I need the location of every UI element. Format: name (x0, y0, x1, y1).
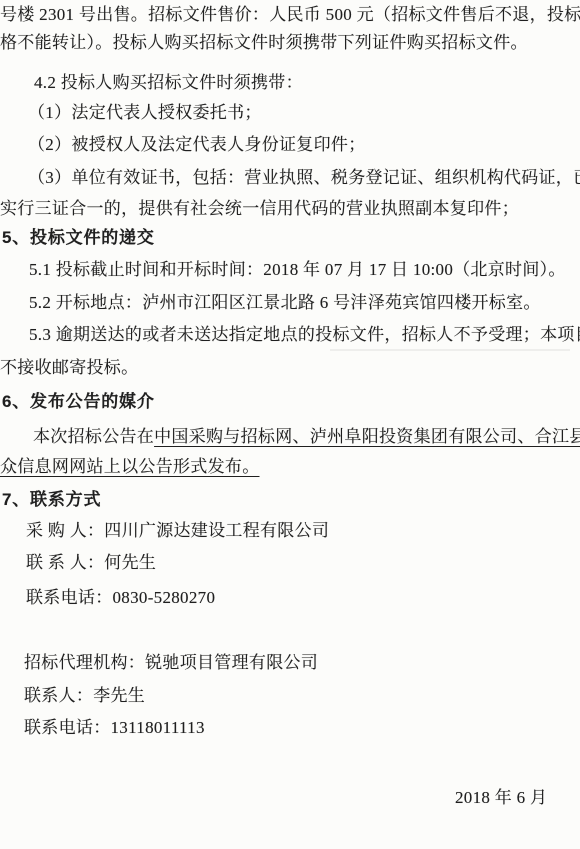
scanned-tender-document-page: 号楼 2301 号出售。招标文件售价：人民币 500 元（招标文件售后不退，投标… (0, 0, 580, 849)
purchaser-contact-line: 联 系 人：何先生 (26, 550, 156, 576)
clause-5-3-line-2: 不接收邮寄投标。 (0, 355, 138, 381)
section-5-heading: 5、投标文件的递交 (2, 225, 155, 251)
media-line-1: 本次招标公告在中国采购与招标网、泸州阜阳投资集团有限公司、合江县公 (33, 424, 580, 450)
clause-4-2-item-2: （2）被授权人及法定代表人身份证复印件； (28, 132, 366, 158)
section-6-heading: 6、发布公告的媒介 (2, 389, 155, 415)
scan-artifact (330, 349, 570, 351)
intro-line-2: 格不能转让）。投标人购买招标文件时须携带下列证件购买招标文件。 (0, 30, 528, 56)
media-prefix: 本次招标公告在 (33, 427, 154, 446)
document-date: 2018 年 6 月 (455, 785, 547, 811)
clause-5-2: 5.2 开标地点：泸州市江阳区江景北路 6 号沣泽苑宾馆四楼开标室。 (29, 290, 541, 316)
clause-5-1: 5.1 投标截止时间和开标时间：2018 年 07 月 17 日 10:00（北… (29, 257, 566, 283)
clause-4-2-item-3-line-1: （3）单位有效证书，包括：营业执照、税务登记证、组织机构代码证，已 (28, 165, 580, 191)
purchaser-name-line: 采 购 人：四川广源达建设工程有限公司 (26, 518, 329, 544)
media-underlined-names-cont: 众信息网网站上以公告形式发布。 (0, 457, 260, 476)
media-underlined-names: 中国采购与招标网、泸州阜阳投资集团有限公司、合江县公 (154, 427, 580, 446)
agency-name-line: 招标代理机构：锐驰项目管理有限公司 (24, 650, 318, 676)
purchaser-phone-line: 联系电话：0830-5280270 (26, 585, 215, 611)
section-7-heading: 7、联系方式 (2, 487, 101, 513)
clause-4-2-item-3-line-2: 实行三证合一的，提供有社会统一信用代码的营业执照副本复印件； (0, 196, 519, 222)
agency-contact-line: 联系人：李先生 (24, 683, 145, 709)
clause-4-2: 4.2 投标人购买招标文件时须携带： (34, 70, 303, 96)
clause-4-2-item-1: （1）法定代表人授权委托书； (28, 100, 262, 126)
media-line-2: 众信息网网站上以公告形式发布。 (0, 454, 260, 480)
intro-line-1: 号楼 2301 号出售。招标文件售价：人民币 500 元（招标文件售后不退，投标… (0, 2, 580, 28)
agency-phone-line: 联系电话：13118011113 (24, 715, 205, 741)
clause-5-3-line-1: 5.3 逾期送达的或者未送达指定地点的投标文件，招标人不予受理；本项目 (29, 322, 580, 348)
